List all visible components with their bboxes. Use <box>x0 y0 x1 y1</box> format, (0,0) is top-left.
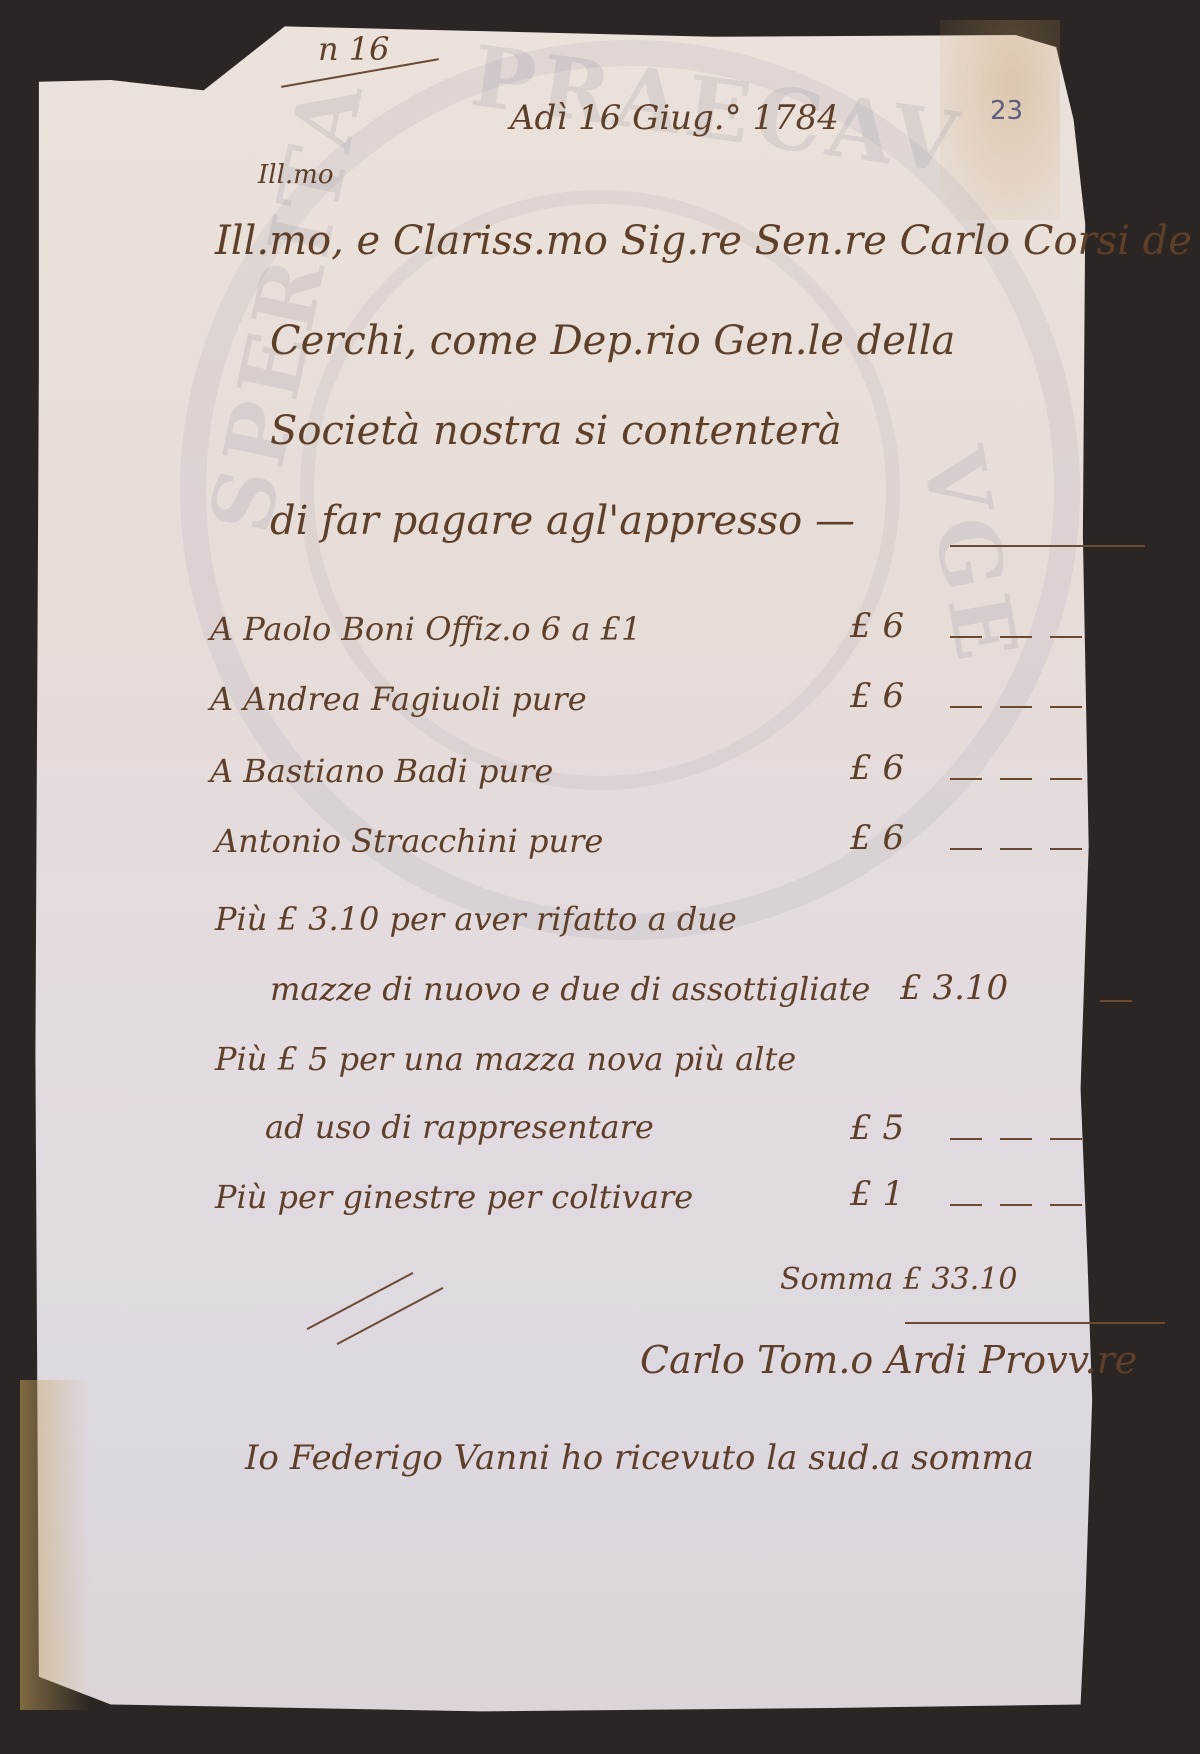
dash-leader <box>950 1204 1082 1206</box>
entry-label: Più £ 3.10 per aver rifatto a due <box>215 900 737 938</box>
entry-amount: £ 3.10 <box>900 968 1008 1008</box>
entry-amount: £ 6 <box>850 676 904 716</box>
signature: Carlo Tom.o Ardi Provv.re <box>640 1338 1137 1382</box>
entry-label: Più per ginestre per coltivare <box>215 1178 693 1216</box>
body-line: Cerchi, come Dep.rio Gen.le della <box>270 318 955 364</box>
reference-mark: n 16 <box>318 30 390 68</box>
dash-leader <box>950 1138 1082 1140</box>
dash-leader <box>1100 1000 1132 1002</box>
entry-amount: £ 6 <box>850 606 904 646</box>
entry-amount: £ 1 <box>850 1174 904 1214</box>
underline <box>950 545 1145 547</box>
salutation-superscript: Ill.mo <box>258 160 333 190</box>
dash-leader <box>950 848 1082 850</box>
water-stain <box>20 1380 90 1710</box>
entry-label-continued: mazze di nuovo e due di assottigliate <box>270 970 870 1008</box>
dash-leader <box>950 636 1082 638</box>
entry-label: A Andrea Fagiuoli pure <box>210 680 587 718</box>
receipt-line: Io Federigo Vanni ho ricevuto la sud.a s… <box>245 1438 1034 1478</box>
entry-label: A Bastiano Badi pure <box>210 752 553 790</box>
body-line: Ill.mo, e Clariss.mo Sig.re Sen.re Carlo… <box>215 218 1192 264</box>
entry-label-continued: ad uso di rappresentare <box>265 1108 654 1146</box>
entry-label: Antonio Stracchini pure <box>215 822 603 860</box>
total-line: Somma £ 33.10 <box>780 1262 1017 1297</box>
entry-label: A Paolo Boni Offiz.o 6 a £1 <box>210 610 641 648</box>
archive-number: 23 <box>990 96 1023 126</box>
entry-amount: £ 6 <box>850 818 904 858</box>
dash-leader <box>950 706 1082 708</box>
entry-amount: £ 5 <box>850 1108 904 1148</box>
entry-label: Più £ 5 per una mazza nova più alte <box>215 1040 796 1078</box>
body-line: di far pagare agl'appresso — <box>270 498 855 544</box>
entry-amount: £ 6 <box>850 748 904 788</box>
dash-leader <box>950 778 1082 780</box>
date-line: Adì 16 Giug.° 1784 <box>510 98 839 138</box>
underline <box>905 1322 1165 1324</box>
body-line: Società nostra si contenterà <box>270 408 842 454</box>
